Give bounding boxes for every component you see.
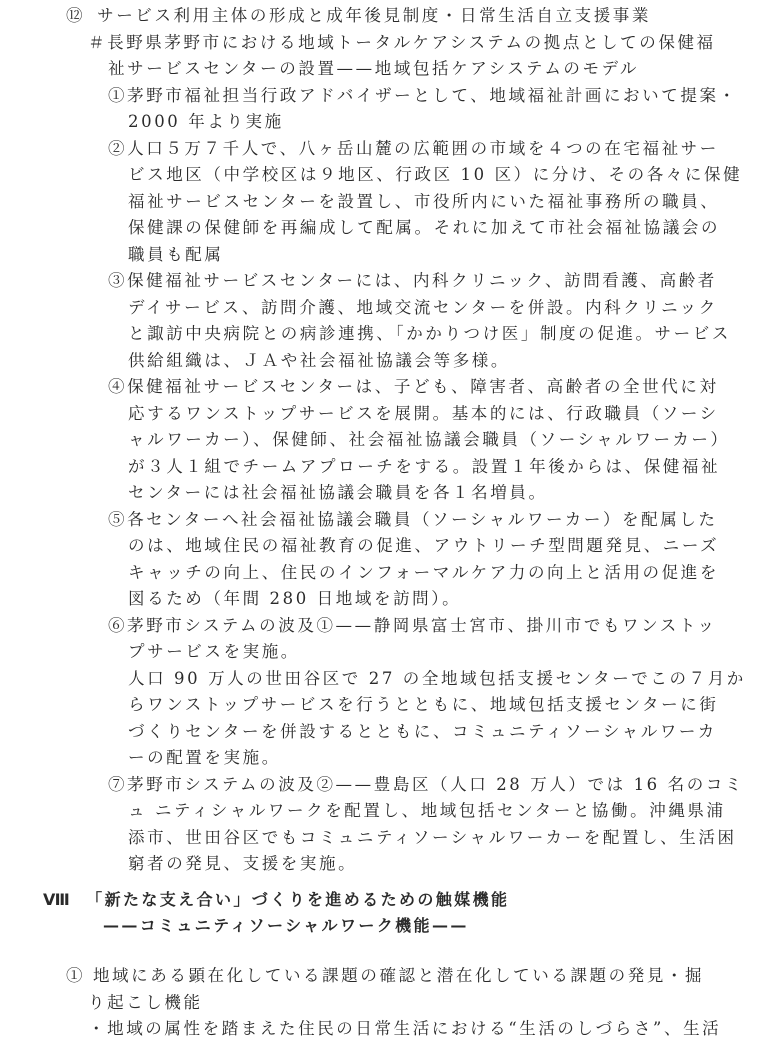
- list-item-line: らワンストップサービスを行うとともに、地域包括支援センターに街: [128, 695, 718, 715]
- list-item-line: ュ ニティシャルワークを配置し、地域包括センターと協働。沖縄県浦: [128, 801, 726, 821]
- list-item-line: と諏訪中央病院との病診連携、「かかりつけ医」制度の促進。サービス: [128, 324, 731, 344]
- list-item-line: ① 地域にある顕在化している課題の確認と潜在化している課題の発見・掘: [66, 966, 704, 986]
- list-item-line: ⑥茅野市システムの波及①——静岡県富士宮市、掛川市でもワンストッ: [108, 616, 717, 636]
- list-item-line: デイサービス、訪問介護、地域交流センターを併設。内科クリニック: [128, 298, 718, 318]
- list-item-line: 応するワンストップサービスを展開。基本的には、行政職員（ソーシ: [128, 404, 719, 424]
- list-item-line: ⑤各センターへ社会福祉協議会職員（ソーシャルワーカー）を配属した: [108, 510, 718, 530]
- list-item-line: センターには社会福祉協議会職員を各１名増員。: [128, 483, 548, 503]
- list-item-line: 人口 90 万人の世田谷区で 27 の全地域包括支援センターでこの７月か: [128, 669, 746, 689]
- list-item-line: のは、地域住民の福祉教育の促進、アウトリーチ型問題発見、ニーズ: [128, 536, 719, 556]
- list-item-line: 職員も配属: [128, 245, 224, 265]
- list-item-line: ①茅野市福祉担当行政アドバイザーとして、地域福祉計画において提案・: [108, 86, 738, 106]
- list-item-line: ⑦茅野市システムの波及②——豊島区（人口 28 万人）では 16 名のコミ: [108, 775, 744, 795]
- subheading-line: 祉サービスセンターの設置——地域包括ケアシステムのモデル: [108, 59, 639, 79]
- list-item-line: 添市、世田谷区でもコミュニティソーシャルワーカーを配置し、生活困: [128, 828, 737, 848]
- subheading-line: ＃長野県茅野市における地域トータルケアシステムの拠点としての保健福: [88, 33, 716, 53]
- list-item-line: ③保健福祉サービスセンターには、内科クリニック、訪問看護、高齢者: [108, 271, 717, 291]
- section-heading-8: Ⅷ「新たな支え合い」づくりを進めるための触媒機能: [43, 890, 509, 910]
- section-subtitle: ——コミュニティソーシャルワーク機能——: [103, 916, 469, 936]
- list-item-line: 福祉サービスセンターを設置し、市役所内にいた福祉事務所の職員、: [128, 192, 719, 212]
- list-item-line: が３人１組でチームアプローチをする。設置１年後からは、保健福祉: [128, 457, 720, 477]
- bullet-line: ・地域の属性を踏まえた住民の日常生活における“生活のしづらさ”、生活: [88, 1019, 721, 1039]
- list-item-line: り起こし機能: [88, 993, 203, 1013]
- list-item-line: 図るため（年間 280 日地域を訪問）。: [128, 589, 461, 609]
- list-item-line: 保健課の保健師を再編成して配属。それに加えて市社会福祉協議会の: [128, 218, 720, 238]
- list-item-line: キャッチの向上、住民のインフォーマルケア力の向上と活用の促進を: [128, 563, 719, 583]
- list-item-line: づくりセンターを併設するとともに、コミュニティソーシャルワーカ: [128, 722, 717, 742]
- list-item-line: ②人口５万７千人で、八ヶ岳山麓の広範囲の市域を４つの在宅福祉サー: [108, 139, 719, 159]
- section-heading-12: ⑫サービス利用主体の形成と成年後見制度・日常生活自立支援事業: [66, 6, 651, 26]
- section-heading-text: サービス利用主体の形成と成年後見制度・日常生活自立支援事業: [97, 6, 651, 25]
- section-title: 「新たな支え合い」づくりを進めるための触媒機能: [86, 890, 509, 909]
- list-item-line: ーの配置を実施。: [128, 748, 281, 768]
- list-item-line: ャルワーカー）、保健師、社会福祉協議会職員（ソーシャルワーカー）: [128, 430, 730, 450]
- list-item-line: 供給組織は、ＪＡや社会福祉協議会等多様。: [128, 351, 510, 371]
- list-item-line: ④保健福祉サービスセンターは、子ども、障害者、高齢者の全世代に対: [108, 377, 719, 397]
- list-item-line: 窮者の発見、支援を実施。: [128, 854, 357, 874]
- list-item-line: プサービスを実施。: [128, 642, 300, 662]
- section-marker: ⑫: [66, 6, 85, 25]
- list-item-line: ビス地区（中学校区は９地区、行政区 10 区）に分け、その各々に保健: [128, 165, 742, 185]
- document-page: ⑫サービス利用主体の形成と成年後見制度・日常生活自立支援事業 ＃長野県茅野市にお…: [0, 0, 768, 1042]
- section-marker: Ⅷ: [43, 890, 72, 909]
- list-item-line: 2000 年より実施: [128, 112, 284, 132]
